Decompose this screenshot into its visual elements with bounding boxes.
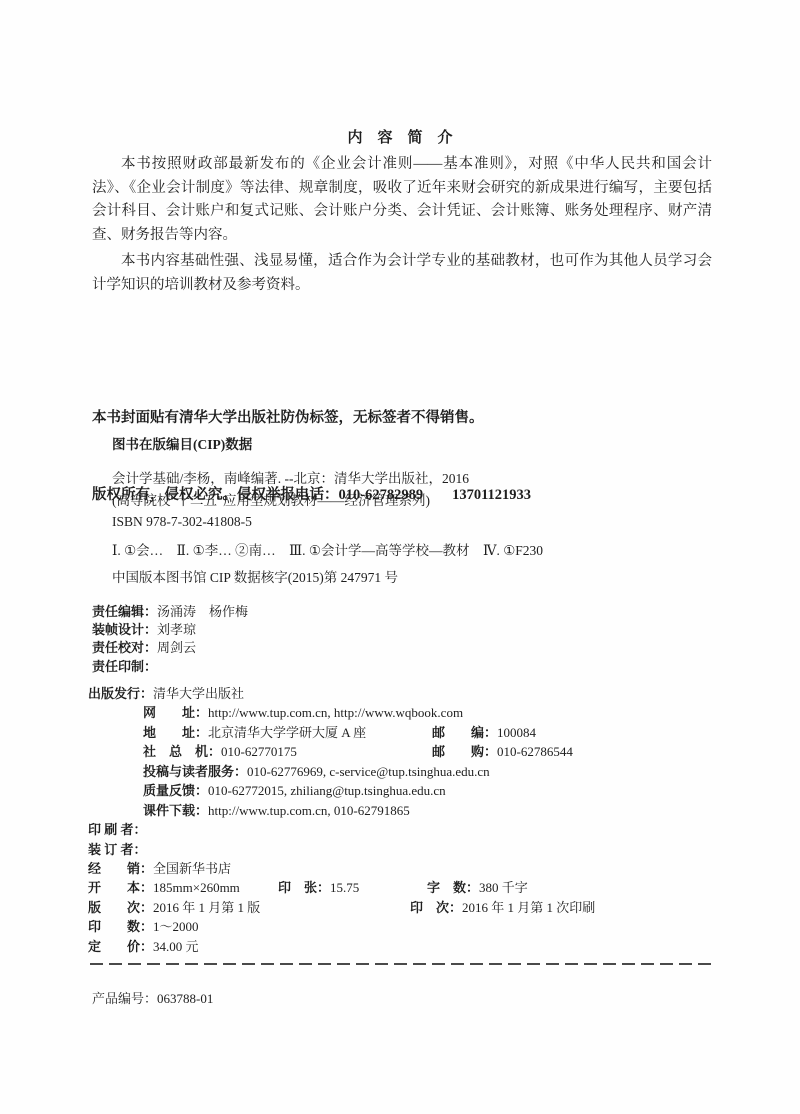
field-value: 010-62786544 — [497, 744, 573, 759]
cip-record-series-line: (高等院校“十二五”应用型规划教材——经济管理系列) — [112, 490, 732, 512]
field-label: 印 张： — [278, 880, 330, 895]
field-label: 装帧设计： — [92, 622, 157, 637]
cip-classification: Ⅰ. ①会… Ⅱ. ①李… ②南… Ⅲ. ①会计学—高等学校—教材 Ⅳ. ①F2… — [112, 540, 732, 562]
field-label: 网 址： — [143, 705, 208, 720]
field-value: 185mm×260mm — [153, 880, 240, 895]
cip-registration-number: 中国版本图书馆 CIP 数据核字(2015)第 247971 号 — [112, 567, 732, 589]
field-value: 全国新华书店 — [153, 861, 231, 876]
field-label: 经 销： — [88, 861, 153, 876]
field-courseware-download: 课件下载：http://www.tup.com.cn, 010-62791865 — [88, 801, 728, 820]
field-value: 1～2000 — [153, 919, 199, 934]
field-value: 汤涌涛 杨作梅 — [157, 604, 248, 619]
field-executive-editor: 责任编辑：汤涌涛 杨作梅 — [92, 603, 712, 621]
field-price: 定 价：34.00 元 — [88, 937, 728, 956]
intro-paragraph-1: 本书按照财政部最新发布的《企业会计准则——基本准则》，对照《中华人民共和国会计法… — [92, 153, 712, 247]
intro-paragraph-2: 本书内容基础性强、浅显易懂，适合作为会计学专业的基础教材，也可作为其他人员学习会… — [92, 250, 712, 297]
field-value: 2016 年 1 月第 1 次印刷 — [462, 900, 595, 915]
section-title: 内 容 简 介 — [0, 126, 800, 147]
field-value: http://www.tup.com.cn, 010-62791865 — [208, 803, 410, 818]
field-distribution: 经 销：全国新华书店 — [88, 859, 728, 878]
cip-heading: 图书在版编目(CIP)数据 — [112, 436, 732, 453]
cip-block: 图书在版编目(CIP)数据 会计学基础/李杨，南峰编著. --北京：清华大学出版… — [112, 436, 732, 589]
field-label: 印 数： — [88, 919, 153, 934]
field-binder: 装 订 者： — [88, 840, 728, 859]
field-value: 15.75 — [330, 880, 359, 895]
field-printed-sheets: 印 张：15.75 — [278, 878, 359, 897]
publication-block: 出版发行：清华大学出版社 网 址：http://www.tup.com.cn, … — [88, 684, 728, 956]
field-label: 产品编号： — [92, 991, 157, 1006]
field-label: 装 订 者： — [88, 842, 147, 857]
field-label: 印 刷 者： — [88, 822, 147, 837]
field-value: 刘孝琼 — [157, 622, 196, 637]
field-value: 010-62776969, c-service@tup.tsinghua.edu… — [247, 764, 490, 779]
field-label: 责任编辑： — [92, 604, 157, 619]
field-print-supervisor: 责任印制： — [92, 658, 712, 676]
field-mail-order: 邮 购：010-62786544 — [432, 742, 573, 761]
field-address: 地 址：北京清华大学学研大厦 A 座邮 编：100084 — [88, 723, 728, 742]
field-label: 课件下载： — [143, 803, 208, 818]
field-value: 100084 — [497, 725, 536, 740]
field-label: 印 次： — [410, 900, 462, 915]
field-label: 定 价： — [88, 939, 153, 954]
field-label: 邮 编： — [432, 725, 497, 740]
cip-record-isbn: ISBN 978-7-302-41808-5 — [112, 511, 732, 533]
field-label: 责任印制： — [92, 659, 157, 674]
field-value: 2016 年 1 月第 1 版 — [153, 900, 260, 915]
field-product-number: 产品编号：063788-01 — [92, 988, 213, 1007]
field-value: 北京清华大学学研大厦 A 座 — [208, 725, 366, 740]
field-switchboard: 社 总 机：010-62770175邮 购：010-62786544 — [88, 742, 728, 761]
staff-block: 责任编辑：汤涌涛 杨作梅 装帧设计：刘孝琼 责任校对：周剑云 责任印制： — [92, 603, 712, 676]
field-label: 地 址： — [143, 725, 208, 740]
field-publisher: 出版发行：清华大学出版社 — [88, 684, 728, 703]
field-edition: 版 次：2016 年 1 月第 1 版印 次：2016 年 1 月第 1 次印刷 — [88, 898, 728, 917]
field-label: 责任校对： — [92, 640, 157, 655]
field-impression: 印 次：2016 年 1 月第 1 次印刷 — [410, 898, 595, 917]
field-cover-design: 装帧设计：刘孝琼 — [92, 621, 712, 639]
field-website: 网 址：http://www.tup.com.cn, http://www.wq… — [88, 703, 728, 722]
field-label: 社 总 机： — [143, 744, 221, 759]
cip-record: 会计学基础/李杨，南峰编著. --北京：清华大学出版社，2016 (高等院校“十… — [112, 468, 732, 533]
field-value: 380 千字 — [479, 880, 528, 895]
field-label: 字 数： — [427, 880, 479, 895]
field-label: 邮 购： — [432, 744, 497, 759]
field-postcode: 邮 编：100084 — [432, 723, 536, 742]
field-quality-feedback: 质量反馈：010-62772015, zhiliang@tup.tsinghua… — [88, 781, 728, 800]
field-label: 开 本： — [88, 880, 153, 895]
field-label: 出版发行： — [88, 686, 153, 701]
field-value: 周剑云 — [157, 640, 196, 655]
field-label: 质量反馈： — [143, 783, 208, 798]
intro-paragraphs: 本书按照财政部最新发布的《企业会计准则——基本准则》，对照《中华人民共和国会计法… — [92, 153, 712, 297]
field-value: http://www.tup.com.cn, http://www.wqbook… — [208, 705, 463, 720]
field-value: 063788-01 — [157, 991, 213, 1006]
notice-line-security: 本书封面贴有清华大学出版社防伪标签，无标签者不得销售。 — [92, 406, 732, 432]
field-value: 34.00 元 — [153, 939, 199, 954]
field-reader-service: 投稿与读者服务：010-62776969, c-service@tup.tsin… — [88, 762, 728, 781]
field-value: 010-62770175 — [221, 744, 297, 759]
copyright-page: 内 容 简 介 本书按照财政部最新发布的《企业会计准则——基本准则》，对照《中华… — [0, 0, 800, 1114]
field-label: 投稿与读者服务： — [143, 764, 247, 779]
field-word-count: 字 数：380 千字 — [427, 878, 528, 897]
field-proofreader: 责任校对：周剑云 — [92, 639, 712, 657]
cip-record-title-line: 会计学基础/李杨，南峰编著. --北京：清华大学出版社，2016 — [112, 468, 732, 490]
field-format: 开 本：185mm×260mm印 张：15.75字 数：380 千字 — [88, 878, 728, 897]
field-label: 版 次： — [88, 900, 153, 915]
field-value: 清华大学出版社 — [153, 686, 244, 701]
field-print-run: 印 数：1～2000 — [88, 917, 728, 936]
field-value: 010-62772015, zhiliang@tup.tsinghua.edu.… — [208, 783, 446, 798]
dashed-divider — [90, 963, 712, 965]
field-printer: 印 刷 者： — [88, 820, 728, 839]
